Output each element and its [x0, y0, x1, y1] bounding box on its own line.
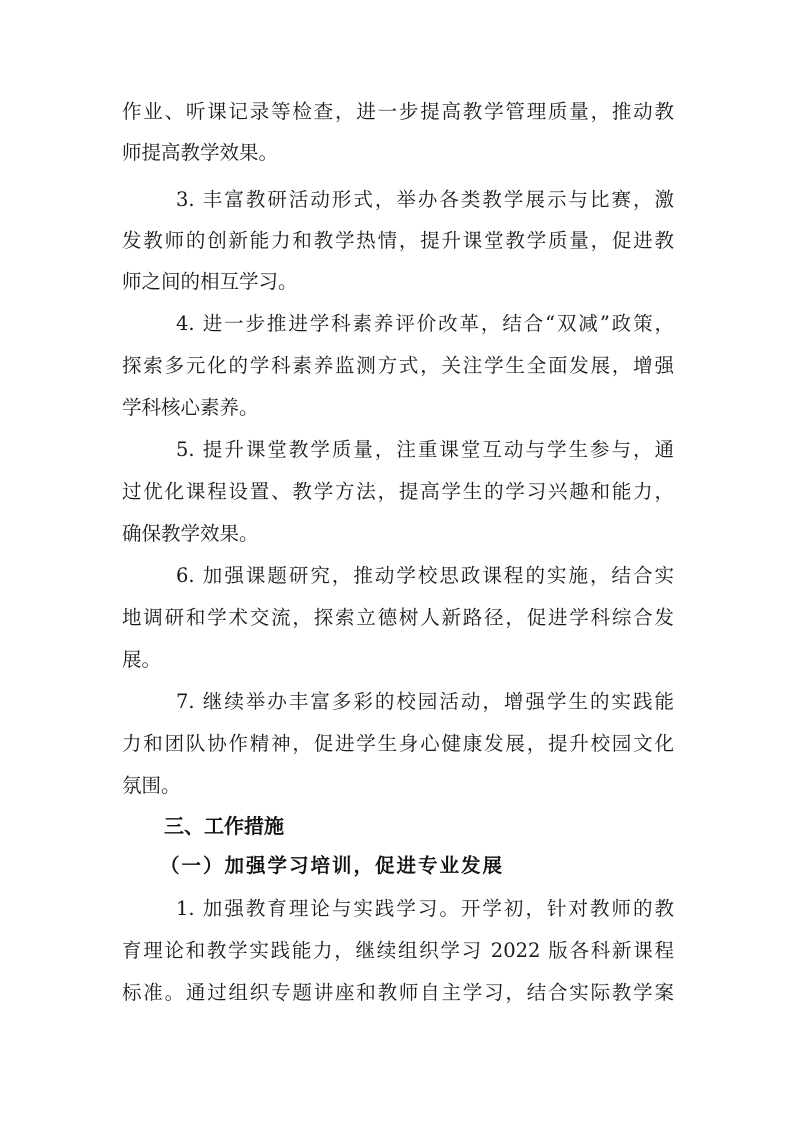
body-text-line: 发教师的创新能力和教学热情，提升课堂教学质量，促进教 [122, 228, 674, 254]
body-text-line: 师之间的相互学习。 [122, 269, 674, 295]
body-text-line: 作业、听课记录等检查，进一步提高教学管理质量，推动教 [122, 99, 674, 125]
body-text-line: 师提高教学效果。 [122, 140, 674, 166]
section-heading: 三、工作措施 [164, 813, 284, 839]
body-text-line: 探索多元化的学科素养监测方式，关注学生全面发展，增强 [122, 353, 674, 379]
list-item-5-line: 5. 提升课堂教学质量，注重课堂互动与学生参与，通 [176, 437, 674, 463]
body-text-line: 氛围。 [122, 773, 674, 799]
list-item-7-line: 7. 继续举办丰富多彩的校园活动，增强学生的实践能 [176, 689, 674, 715]
list-item-6-line: 6. 加强课题研究，推动学校思政课程的实施，结合实 [176, 563, 674, 589]
list-item-3-line: 3. 丰富教研活动形式，举办各类教学展示与比赛，激 [176, 187, 674, 213]
document-page: 作业、听课记录等检查，进一步提高教学管理质量，推动教 师提高教学效果。 3. 丰… [0, 0, 793, 1122]
body-text-line: 育理论和教学实践能力，继续组织学习 2022 版各科新课程 [122, 938, 674, 964]
body-text-line: 学科核心素养。 [122, 395, 674, 421]
body-text-line: 标准。通过组织专题讲座和教师自主学习，结合实际教学案 [122, 980, 674, 1006]
list-item-4-line: 4. 进一步推进学科素养评价改革，结合“双减”政策， [176, 311, 674, 337]
body-text-line: 力和团队协作精神，促进学生身心健康发展，提升校园文化 [122, 731, 674, 757]
body-text-line: 展。 [122, 647, 674, 673]
list-item-1-line: 1. 加强教育理论与实践学习。开学初，针对教师的教 [176, 896, 674, 922]
body-text-line: 确保教学效果。 [122, 521, 674, 547]
body-text-line: 过优化课程设置、教学方法，提高学生的学习兴趣和能力， [122, 479, 674, 505]
body-text-line: 地调研和学术交流，探索立德树人新路径，促进学科综合发 [122, 605, 674, 631]
subsection-heading: （一）加强学习培训，促进专业发展 [160, 853, 504, 879]
